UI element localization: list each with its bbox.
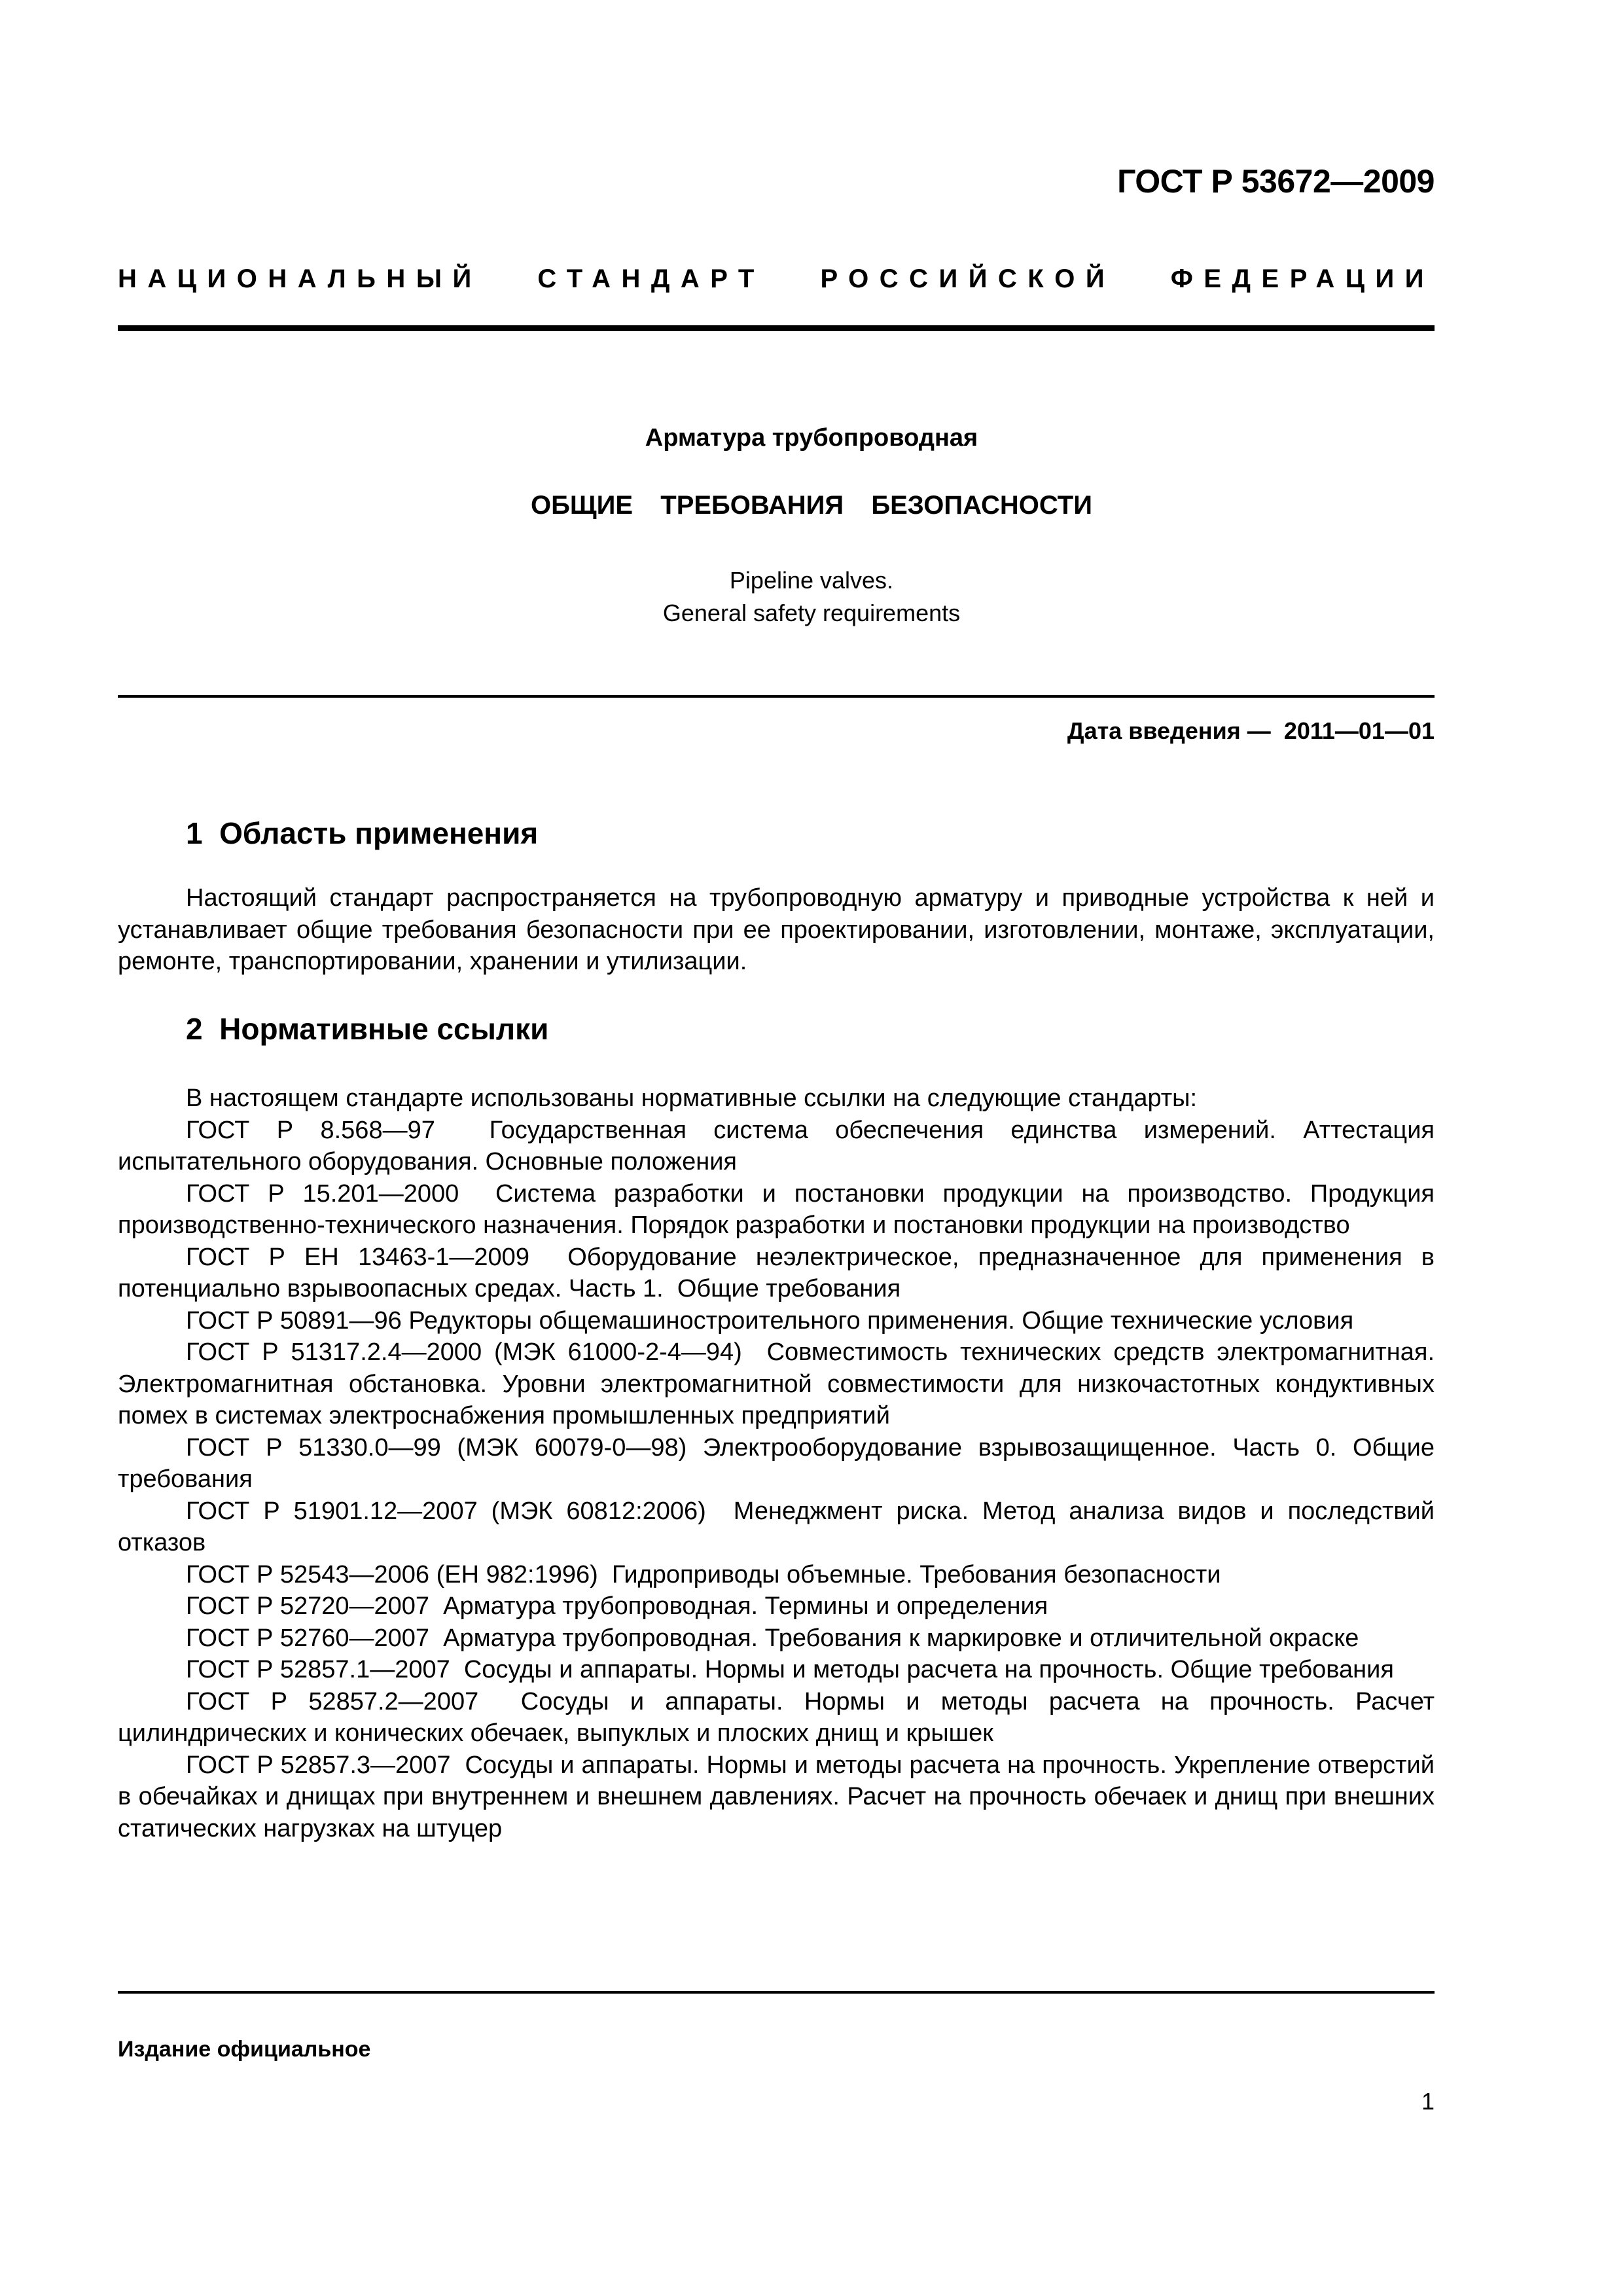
reference-item: ГОСТ Р 52857.1—2007 Сосуды и аппараты. Н… xyxy=(118,1654,1435,1686)
reference-item: ГОСТ Р 51330.0—99 (МЭК 60079-0—98) Элект… xyxy=(118,1432,1435,1496)
reference-item: ГОСТ Р 52760—2007 Арматура трубопроводна… xyxy=(118,1623,1435,1655)
document-code: ГОСТ Р 53672—2009 xyxy=(1117,162,1435,200)
reference-item: ГОСТ Р 51901.12—2007 (МЭК 60812:2006) Ме… xyxy=(118,1496,1435,1559)
reference-item: ГОСТ Р 50891—96 Редукторы общемашиностро… xyxy=(118,1305,1435,1337)
reference-item: ГОСТ Р 52720—2007 Арматура трубопроводна… xyxy=(118,1590,1435,1623)
header-divider xyxy=(118,325,1435,331)
reference-item: ГОСТ Р 8.568—97 Государственная система … xyxy=(118,1115,1435,1178)
edition-label: Издание официальное xyxy=(118,2037,370,2062)
reference-item: ГОСТ Р 52857.3—2007 Сосуды и аппараты. Н… xyxy=(118,1749,1435,1845)
introduction-date: Дата введения — 2011—01—01 xyxy=(1067,717,1435,745)
paragraph: В настоящем стандарте использованы норма… xyxy=(118,1083,1435,1115)
paragraph: Настоящий стандарт распространяется на т… xyxy=(118,882,1435,978)
section-body-references: В настоящем стандарте использованы норма… xyxy=(118,1083,1435,1844)
reference-item: ГОСТ Р 51317.2.4—2000 (МЭК 61000-2-4—94)… xyxy=(118,1336,1435,1432)
section-body-scope: Настоящий стандарт распространяется на т… xyxy=(118,882,1435,978)
banner-word: НАЦИОНАЛЬНЫЙ xyxy=(118,264,482,294)
section-heading-scope: 1 Область применения xyxy=(186,816,538,851)
english-title: Pipeline valves. General safety requirem… xyxy=(0,564,1623,630)
page-number: 1 xyxy=(1421,2088,1435,2115)
banner-word: РОССИЙСКОЙ xyxy=(820,264,1115,294)
reference-item: ГОСТ Р 52857.2—2007 Сосуды и аппараты. Н… xyxy=(118,1686,1435,1749)
title-divider xyxy=(118,695,1435,698)
banner-word: ФЕДЕРАЦИИ xyxy=(1171,264,1435,294)
reference-item: ГОСТ Р 15.201—2000 Система разработки и … xyxy=(118,1178,1435,1242)
section-heading-references: 2 Нормативные ссылки xyxy=(186,1011,548,1047)
document-title: Арматура трубопроводная xyxy=(0,424,1623,452)
banner-word: СТАНДАРТ xyxy=(537,264,765,294)
national-standard-banner: НАЦИОНАЛЬНЫЙ СТАНДАРТ РОССИЙСКОЙ ФЕДЕРАЦ… xyxy=(118,264,1435,294)
document-subtitle: ОБЩИЕ ТРЕБОВАНИЯ БЕЗОПАСНОСТИ xyxy=(0,491,1623,520)
footer-divider xyxy=(118,1991,1435,1994)
english-title-line: General safety requirements xyxy=(0,597,1623,630)
reference-item: ГОСТ Р ЕН 13463-1—2009 Оборудование неэл… xyxy=(118,1242,1435,1305)
document-page: ГОСТ Р 53672—2009 НАЦИОНАЛЬНЫЙ СТАНДАРТ … xyxy=(0,0,1623,2296)
english-title-line: Pipeline valves. xyxy=(0,564,1623,597)
reference-item: ГОСТ Р 52543—2006 (ЕН 982:1996) Гидропри… xyxy=(118,1559,1435,1591)
